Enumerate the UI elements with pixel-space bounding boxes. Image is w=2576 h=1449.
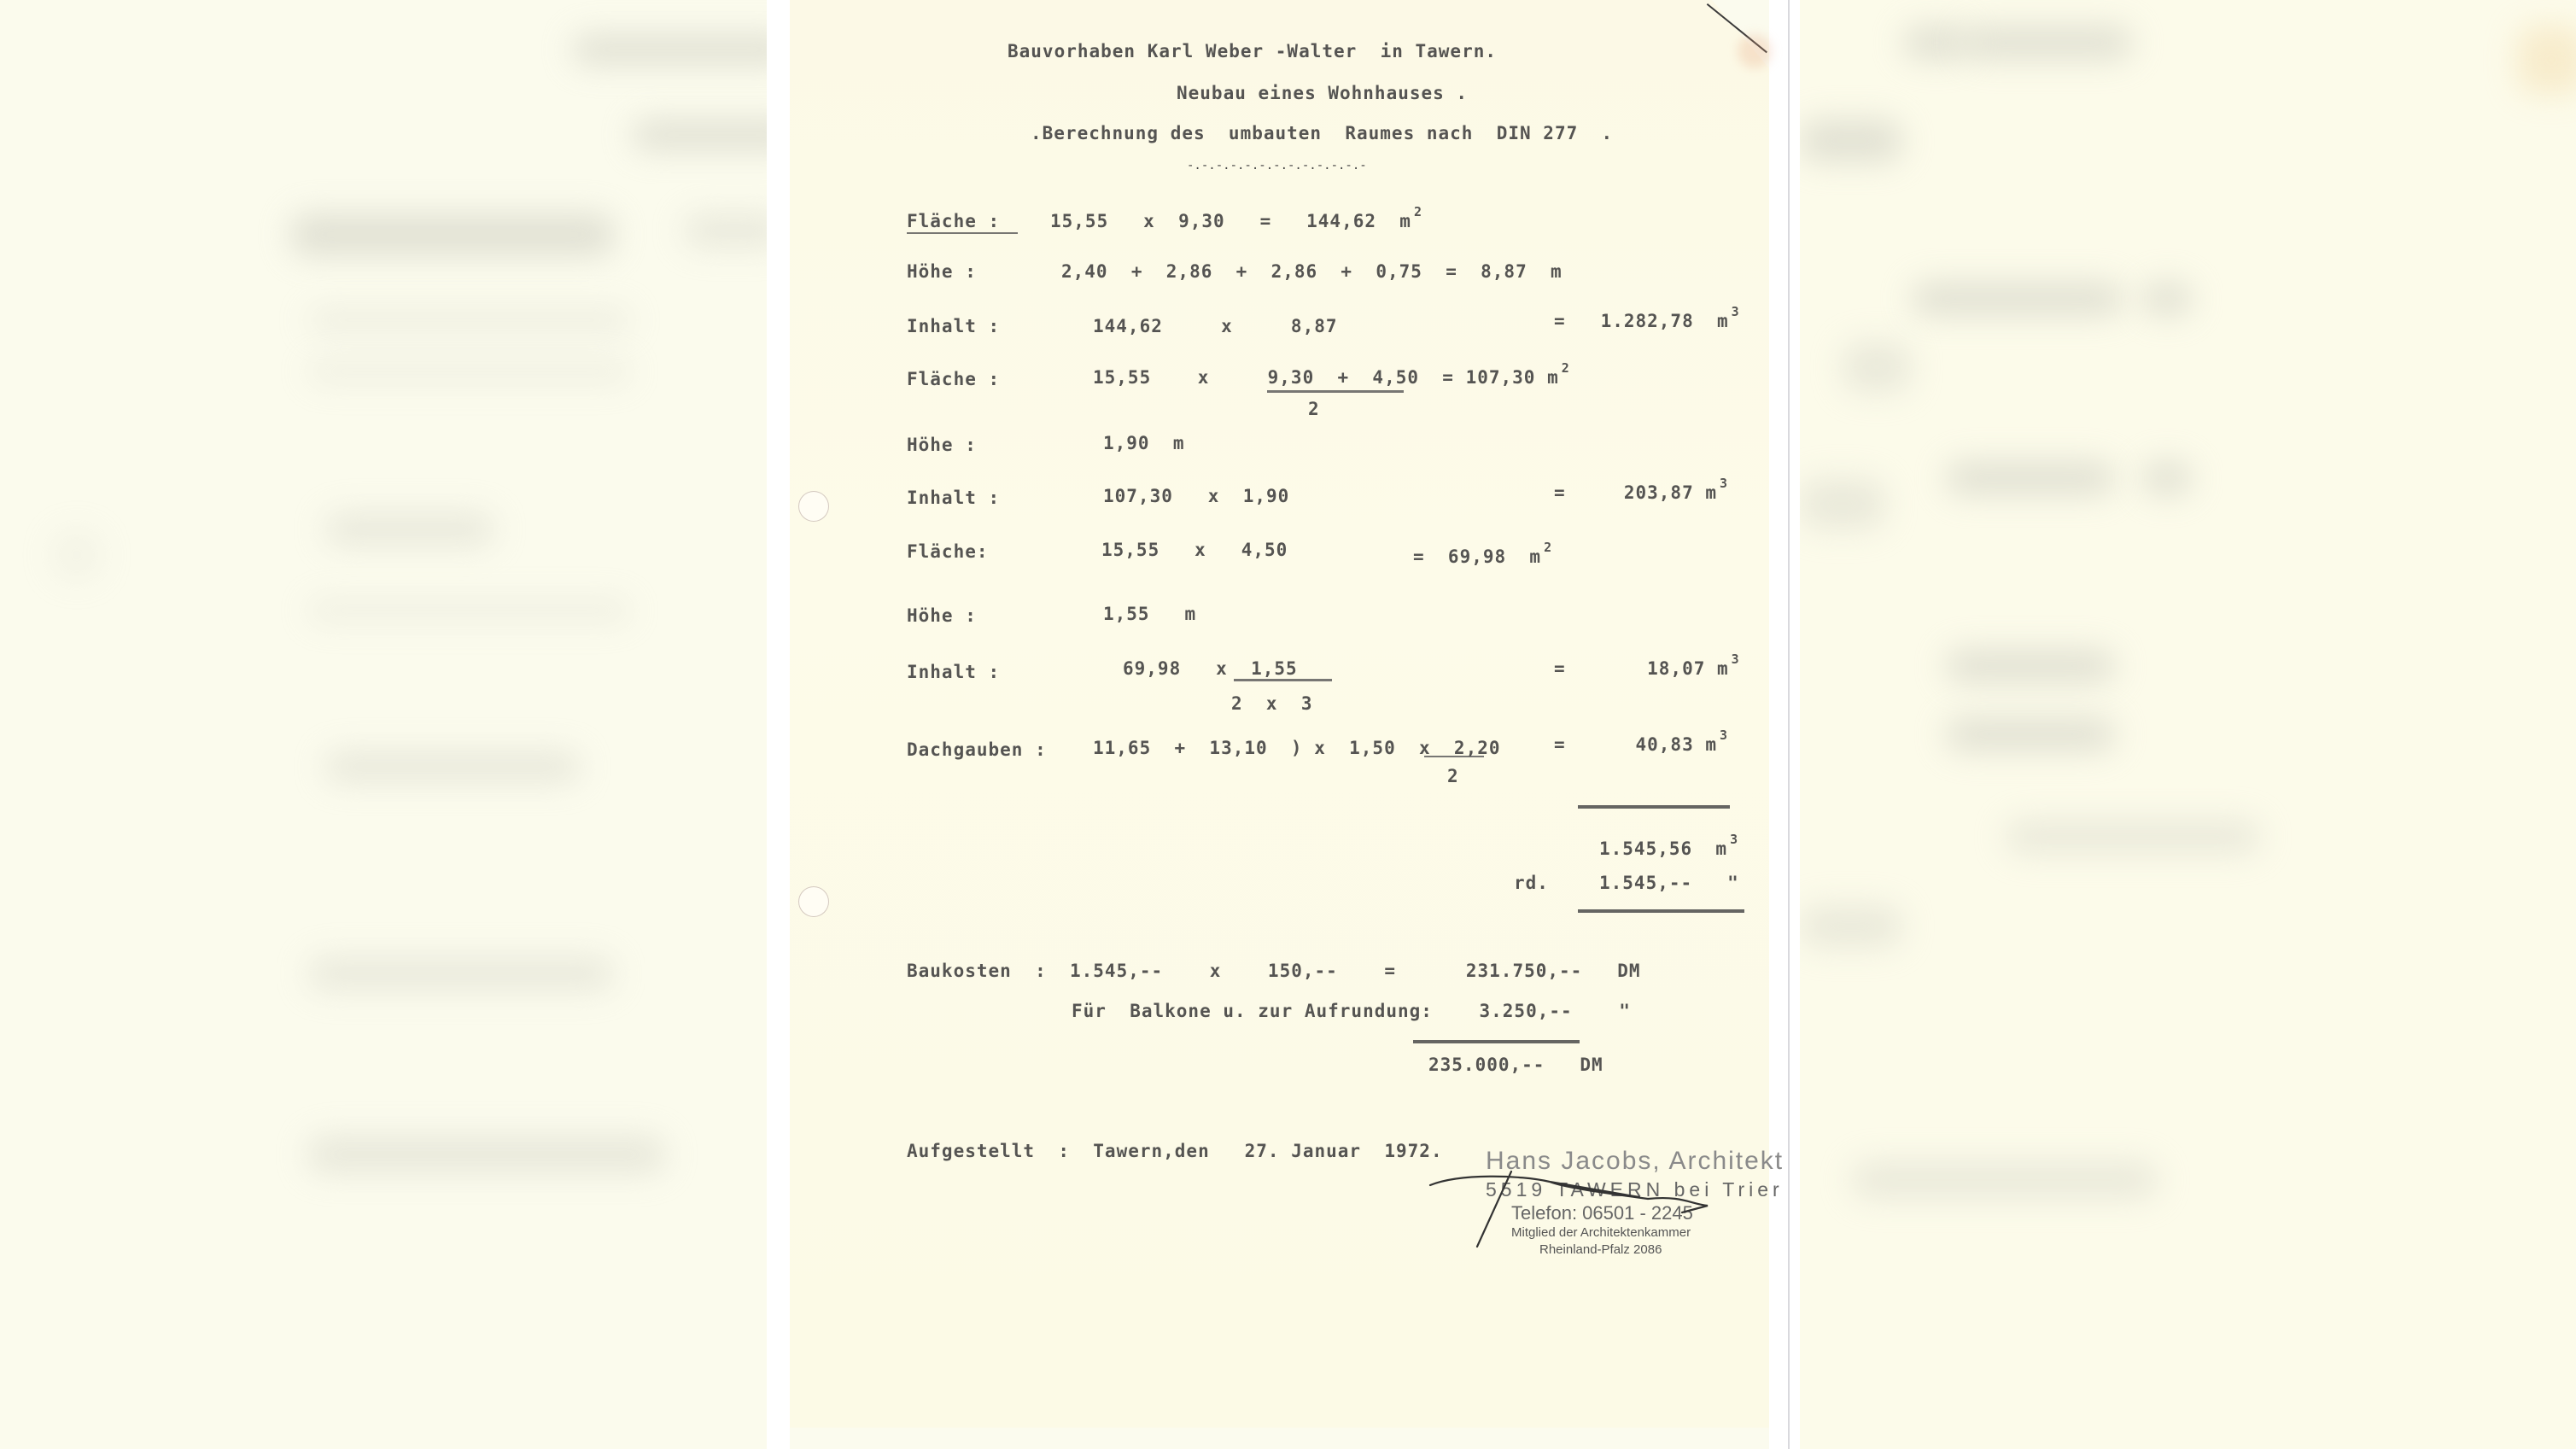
row-7-result: = 69,98 m2	[1413, 546, 1552, 567]
row-5-expression: 1,90 m	[1103, 433, 1185, 453]
punch-hole-top	[798, 491, 829, 522]
row-9-fraction-bar	[1234, 679, 1332, 681]
cost-total-rule	[1413, 1040, 1580, 1043]
header-line-3: .Berechnung des umbauten Raumes nach DIN…	[1031, 123, 1613, 143]
row-1-label: Fläche :	[907, 211, 1000, 231]
header-line-2: Neubau eines Wohnhauses .	[1177, 83, 1468, 103]
corner-stain	[1738, 34, 1772, 68]
row-4-denominator: 2	[1308, 399, 1320, 419]
row-9-denominator: 2 x 3	[1231, 693, 1313, 714]
row-5-label: Höhe :	[907, 435, 977, 455]
row-10-label: Dachgauben :	[907, 739, 1047, 760]
row-9-result: = 18,07 m3	[1554, 658, 1740, 679]
row-3-expression: 144,62 x 8,87	[1093, 316, 1338, 336]
row-4-fraction-bar	[1267, 390, 1404, 393]
rounded-rule	[1578, 909, 1744, 913]
rounded-volume: 1.545,-- "	[1599, 873, 1739, 893]
cost-total: 235.000,-- DM	[1428, 1055, 1603, 1075]
rounded-label: rd.	[1514, 873, 1549, 893]
blurred-background-right	[1800, 0, 2576, 1449]
scan-edge-line	[1788, 0, 1790, 1449]
balcony-rounding-line: Für Balkone u. zur Aufrundung: 3.250,-- …	[1072, 1001, 1631, 1021]
row-7-expression: 15,55 x 4,50	[1101, 540, 1288, 560]
row-4-expression: 15,55 x 9,30 + 4,50 = 107,30 m2	[1093, 367, 1570, 388]
row-10-fraction-bar	[1424, 756, 1484, 757]
row-9-label: Inhalt :	[907, 662, 1000, 682]
row-10-result: = 40,83 m3	[1554, 734, 1728, 755]
prepared-date-line: Aufgestellt : Tawern,den 27. Januar 1972…	[907, 1141, 1443, 1161]
header-line-1: Bauvorhaben Karl Weber -Walter in Tawern…	[1008, 41, 1497, 61]
volume-subtotal: 1.545,56 m3	[1599, 838, 1738, 859]
row-1-expression: 15,55 x 9,30 = 144,62 m2	[1050, 211, 1422, 231]
header-separator: -.-.-.-.-.-.-.-.-.-.-.-.-	[1187, 159, 1367, 172]
row-6-result: = 203,87 m3	[1554, 482, 1728, 503]
scan-margin-right	[1769, 0, 1800, 1449]
blurred-background-left	[0, 0, 777, 1449]
row-3-result: = 1.282,78 m3	[1554, 311, 1740, 331]
row-6-label: Inhalt :	[907, 488, 1000, 508]
row-2-label: Höhe :	[907, 261, 977, 282]
row-9-expression: 69,98 x 1,55	[1123, 658, 1298, 679]
row-8-label: Höhe :	[907, 605, 977, 626]
row-4-label: Fläche :	[907, 369, 1000, 389]
row-3-label: Inhalt :	[907, 316, 1000, 336]
row-8-expression: 1,55 m	[1103, 604, 1196, 624]
punch-hole-bottom	[798, 886, 829, 917]
scan-margin-left	[767, 0, 790, 1449]
signature	[1426, 1161, 1733, 1255]
construction-cost-line: Baukosten : 1.545,-- x 150,-- = 231.750,…	[907, 961, 1641, 981]
row-6-expression: 107,30 x 1,90	[1103, 486, 1289, 506]
row-1-label-underline	[907, 232, 1018, 234]
row-2-expression: 2,40 + 2,86 + 2,86 + 0,75 = 8,87 m	[1061, 261, 1563, 282]
row-7-label: Fläche:	[907, 541, 989, 562]
row-10-denominator: 2	[1447, 766, 1459, 786]
subtotal-rule	[1578, 805, 1730, 809]
